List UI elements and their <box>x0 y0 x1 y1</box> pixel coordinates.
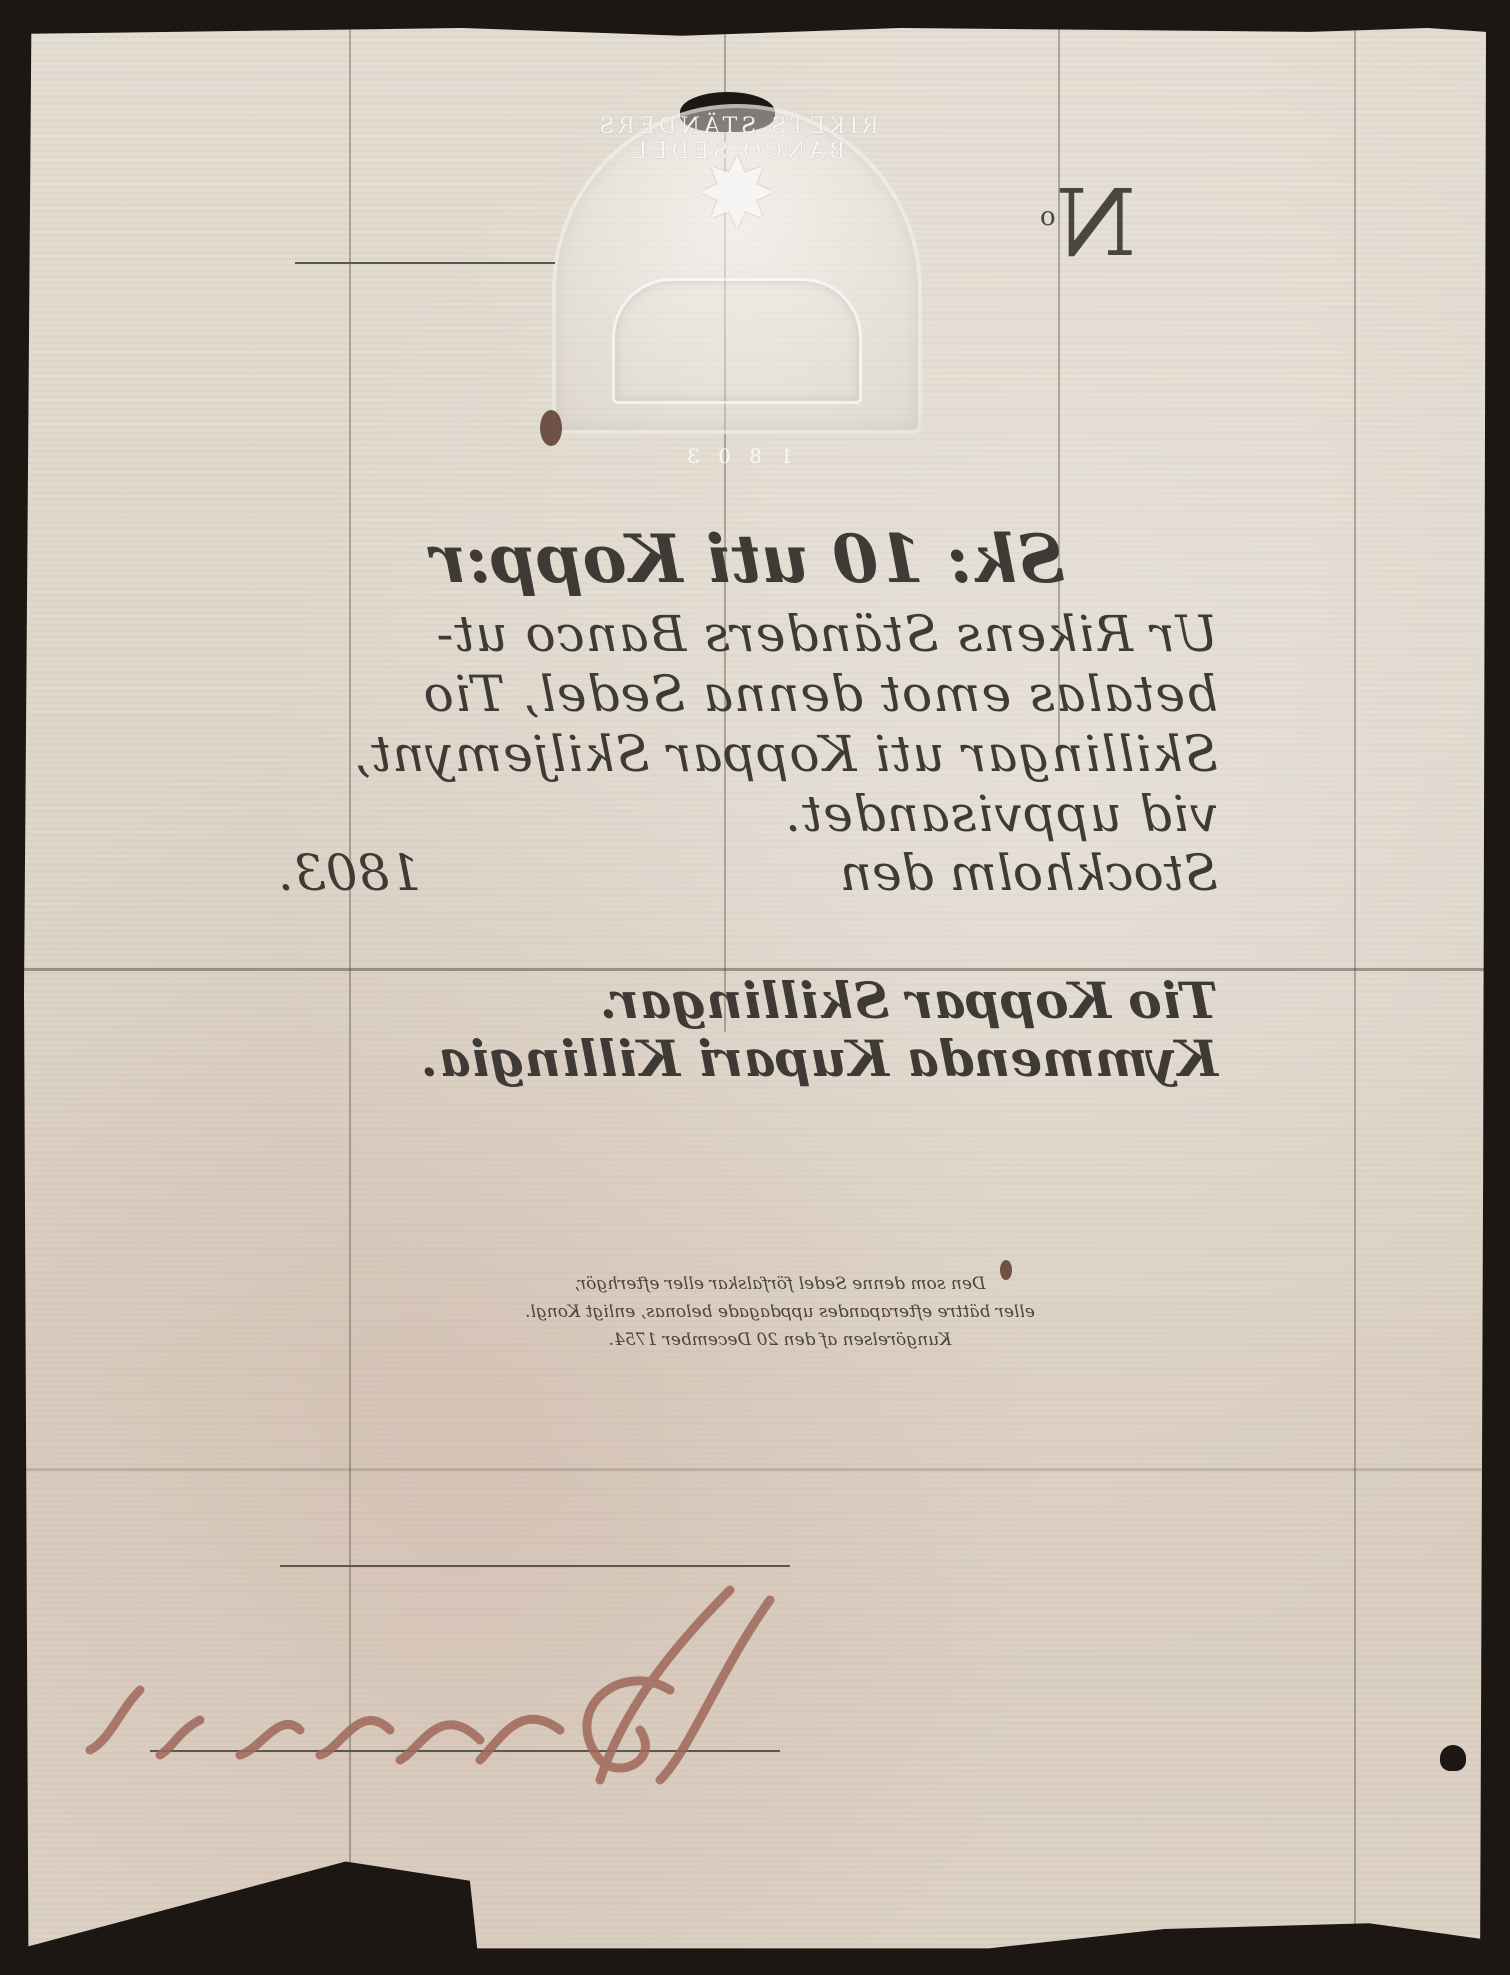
handwritten-signature <box>60 1580 860 1800</box>
seal-date: 1 8 0 3 <box>552 444 922 468</box>
place: Stockholm den <box>840 844 1218 902</box>
fine-print-warning: Den som denne Sedel förfalskar eller eft… <box>440 1270 1120 1354</box>
body-line: vid uppvisandet. <box>278 784 1218 844</box>
place-date-line: Stockholm den 1803. <box>278 844 1218 902</box>
body-line: Skillingar uti Koppar Skiljemynt, <box>278 724 1218 784</box>
serial-number-mark: No <box>1040 170 1136 277</box>
serial-rule <box>295 262 555 264</box>
fine-print-line: Kungörelsen af den 20 December 1754. <box>440 1326 1120 1354</box>
amount-swedish: Tio Koppar Skillingar. <box>278 972 1218 1030</box>
embossed-seal: RIKETS STÄNDERS BANCO SEDEL ✸ 1 8 0 3 <box>552 104 922 434</box>
fold-line-vertical <box>1354 28 1356 1958</box>
paper-tear <box>340 1880 430 1975</box>
fine-print-line: Den som denne Sedel förfalskar eller eft… <box>440 1270 1120 1298</box>
serial-label: N <box>1056 170 1137 277</box>
note-text-block: Sk: 10 uti Kopp:r Ur Rikens Ständers Ban… <box>278 520 1218 1088</box>
crown-shield-icon <box>612 278 862 404</box>
fold-line-horizontal <box>24 1468 1486 1471</box>
signature-rule <box>280 1565 790 1567</box>
serial-suffix: o <box>1040 202 1056 232</box>
ink-blot <box>540 410 562 446</box>
denomination: Sk: 10 uti Kopp:r <box>278 520 1218 598</box>
body-line: betalas emot denna Sedel, Tio <box>278 664 1218 724</box>
year: 1803. <box>278 844 421 902</box>
body-line: Ur Rikens Ständers Banco ut- <box>278 604 1218 664</box>
amount-block: Tio Koppar Skillingar. Kymmenda Kupari K… <box>278 972 1218 1088</box>
fine-print-line: eller bättre efterapandes uppdagade belo… <box>440 1298 1120 1326</box>
paper-tear <box>1440 1745 1466 1771</box>
amount-finnish: Kymmenda Kupari Killingia. <box>278 1030 1218 1088</box>
star-icon: ✸ <box>687 144 787 244</box>
